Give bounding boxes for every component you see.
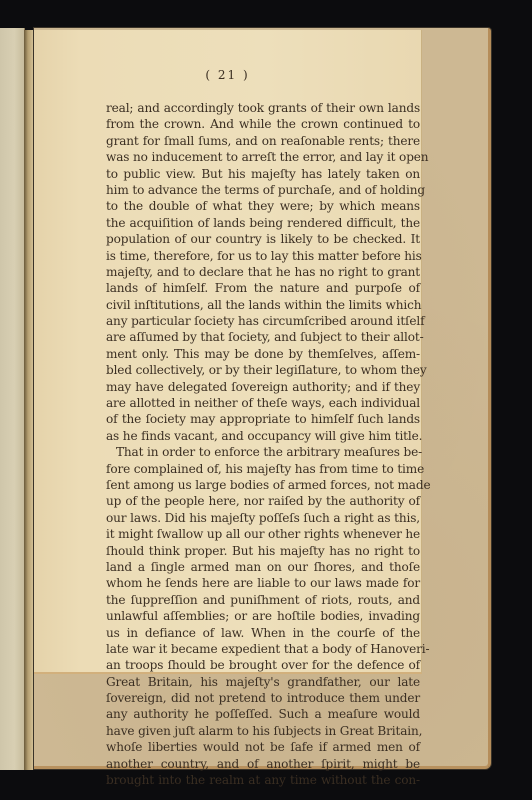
facing-page-edge	[0, 28, 25, 770]
text-line: it might ſwallow up all our other rights…	[106, 526, 420, 542]
text-line: civil inſtitutions, all the lands within…	[106, 297, 420, 313]
book-page: ( 21 ) real; and accordingly took grants…	[34, 30, 422, 674]
text-line: an troops ſhould be brought over for the…	[106, 657, 420, 673]
text-line: of the ſociety may appropriate to himſel…	[106, 411, 420, 427]
text-line: whom he ſends here are liable to our law…	[106, 575, 420, 591]
text-line: another country, and of another ſpirit, …	[106, 756, 420, 772]
text-line: him to advance the terms of purchaſe, an…	[106, 182, 420, 198]
text-line: whoſe liberties would not be ſafe if arm…	[106, 739, 420, 755]
text-line: are aſſumed by that ſociety, and ſubject…	[106, 329, 420, 345]
text-line: any particular ſociety has circumſcribed…	[106, 313, 420, 329]
text-line: majeſty, and to declare that he has no r…	[106, 264, 420, 280]
text-line: population of our country is likely to b…	[106, 231, 420, 247]
text-line: up of the people here, nor raiſed by the…	[106, 493, 420, 509]
text-line: have given juſt alarm to his ſubjects in…	[106, 723, 420, 739]
text-line: ſhould think proper. But his majeſty has…	[106, 543, 420, 559]
text-line: bled collectively, or by their legiſlatu…	[106, 362, 420, 378]
text-line: ſent among us large bodies of armed forc…	[106, 477, 420, 493]
text-line: lands of himſelf. From the nature and pu…	[106, 280, 420, 296]
text-line: are allotted in neither of theſe ways, e…	[106, 395, 420, 411]
text-line: the ſuppreſſion and puniſhment of riots,…	[106, 592, 420, 608]
text-line: Great Britain, his majeſty's grandfather…	[106, 674, 420, 690]
text-line: to the double of what they were; by whic…	[106, 198, 420, 214]
text-line: unlawful aſſemblies; or are hoſtile bodi…	[106, 608, 420, 624]
book-gutter	[24, 30, 34, 770]
text-line: any authority he poſſeſſed. Such a meaſu…	[106, 706, 420, 722]
text-line: brought into the realm at any time witho…	[106, 772, 420, 788]
text-line: grant for ſmall ſums, and on reaſonable …	[106, 133, 420, 149]
text-line: late war it became expedient that a body…	[106, 641, 420, 657]
text-line: the acquiſition of lands being rendered …	[106, 215, 420, 231]
text-line: from the crown. And while the crown cont…	[106, 116, 420, 132]
text-line: real; and accordingly took grants of the…	[106, 100, 420, 116]
text-line: may have delegated ſovereign authority; …	[106, 379, 420, 395]
page-number: ( 21 )	[34, 68, 421, 82]
text-line: ment only. This may be done by themſelve…	[106, 346, 420, 362]
text-line: us in defiance of law. When in the courſ…	[106, 625, 420, 641]
text-line: was no inducement to arreſt the error, a…	[106, 149, 420, 165]
text-line: ſovereign, did not pretend to introduce …	[106, 690, 420, 706]
text-line: our laws. Did his majeſty poſſeſs ſuch a…	[106, 510, 420, 526]
text-line: is time, therefore, for us to lay this m…	[106, 248, 420, 264]
text-line: fore complained of, his majeſty has from…	[106, 461, 420, 477]
text-line: to public view. But his majeſty has late…	[106, 166, 420, 182]
text-line: That in order to enforce the arbitrary m…	[106, 444, 420, 460]
text-line: land a ſingle armed man on our ſhores, a…	[106, 559, 420, 575]
text-line: as he finds vacant, and occupancy will g…	[106, 428, 420, 444]
body-text: real; and accordingly took grants of the…	[106, 100, 420, 788]
